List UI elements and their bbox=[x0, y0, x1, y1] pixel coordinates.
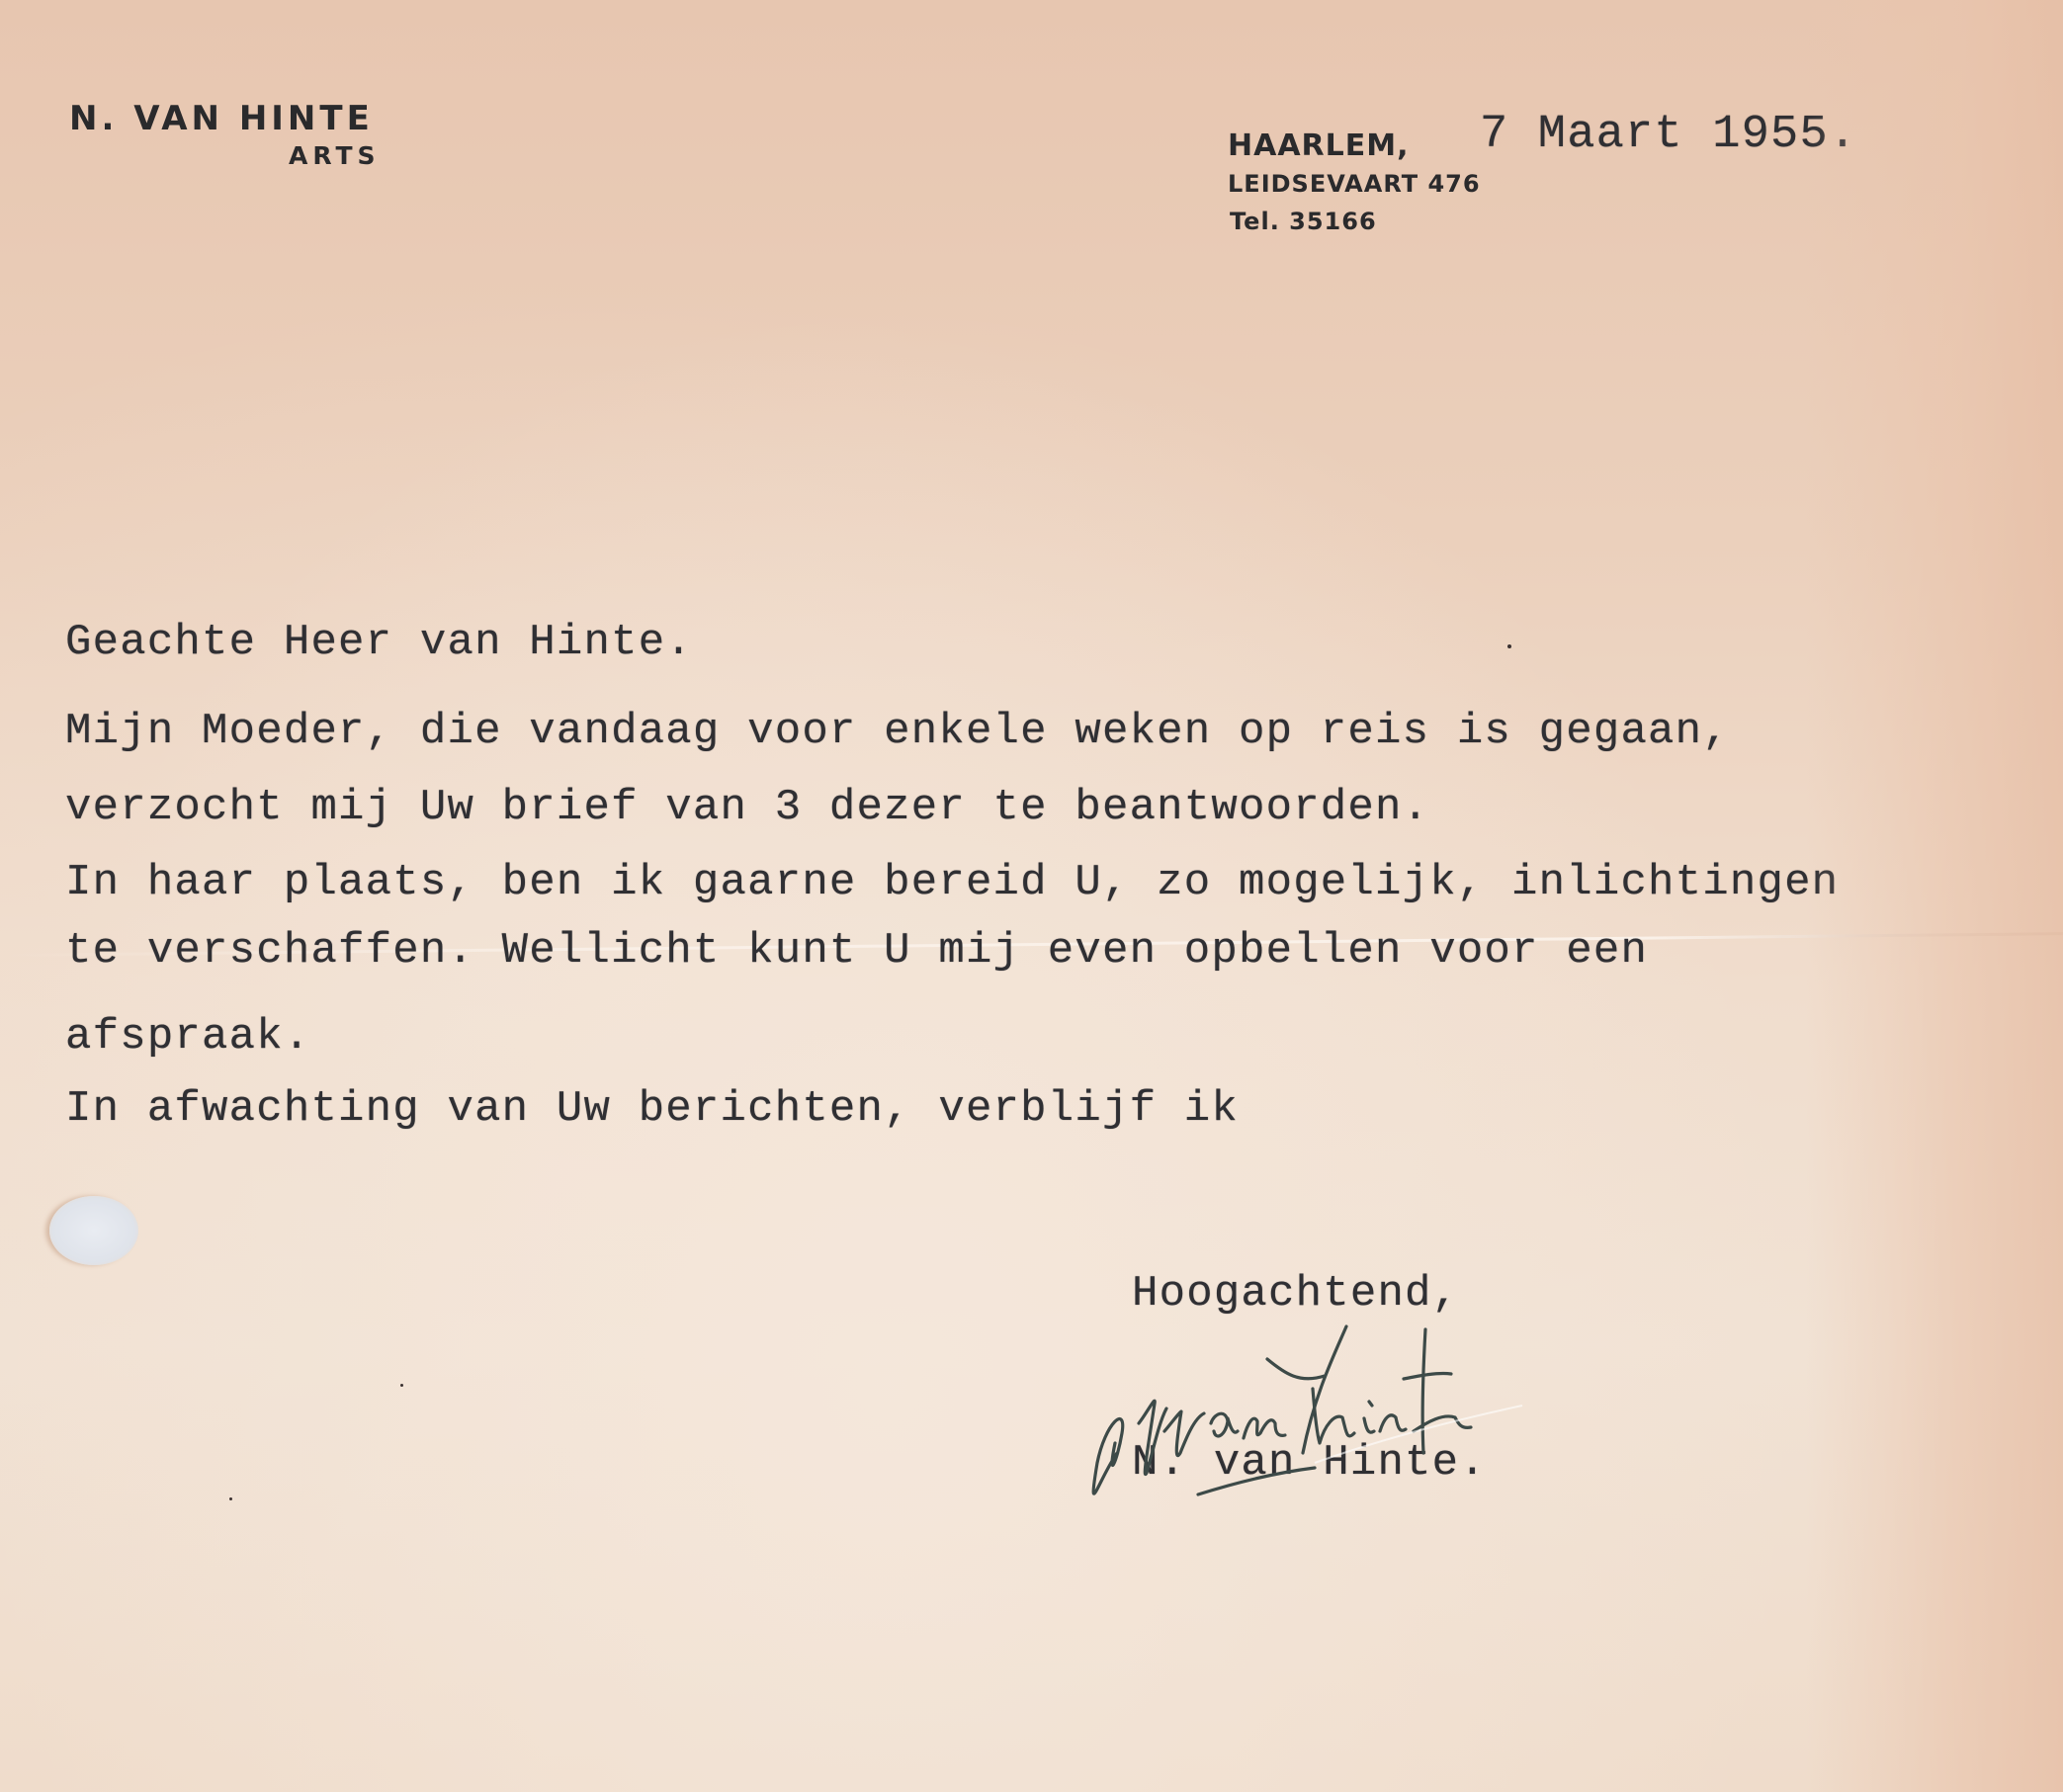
ink-speck bbox=[229, 1497, 232, 1500]
letterhead-telephone: Tel. 35166 bbox=[1230, 208, 1377, 235]
closing: Hoogachtend, bbox=[1132, 1269, 1459, 1319]
letter-page: N. VAN HINTE ARTS HAARLEM, LEIDSEVAART 4… bbox=[0, 0, 2063, 1792]
body-line: afspraak. bbox=[65, 1012, 310, 1062]
handwritten-signature bbox=[1087, 1315, 1542, 1502]
letter-date: 7 Maart 1955. bbox=[1480, 109, 1857, 161]
letterhead-city: HAARLEM, bbox=[1228, 128, 1410, 163]
punch-hole bbox=[49, 1196, 138, 1265]
body-line: verzocht mij Uw brief van 3 dezer te bea… bbox=[65, 783, 1429, 832]
ink-speck bbox=[1507, 644, 1511, 648]
salutation: Geachte Heer van Hinte. bbox=[65, 618, 693, 667]
letterhead-title: ARTS bbox=[289, 141, 381, 170]
letterhead-name: N. VAN HINTE bbox=[69, 99, 374, 138]
body-line: te verschaffen. Wellicht kunt U mij even… bbox=[65, 926, 1648, 976]
body-line: In afwachting van Uw berichten, verblijf… bbox=[65, 1084, 1239, 1134]
body-line: Mijn Moeder, die vandaag voor enkele wek… bbox=[65, 707, 1730, 756]
letterhead-address: LEIDSEVAART 476 bbox=[1228, 170, 1481, 198]
ink-speck bbox=[400, 1384, 403, 1387]
body-line: In haar plaats, ben ik gaarne bereid U, … bbox=[65, 858, 1839, 907]
